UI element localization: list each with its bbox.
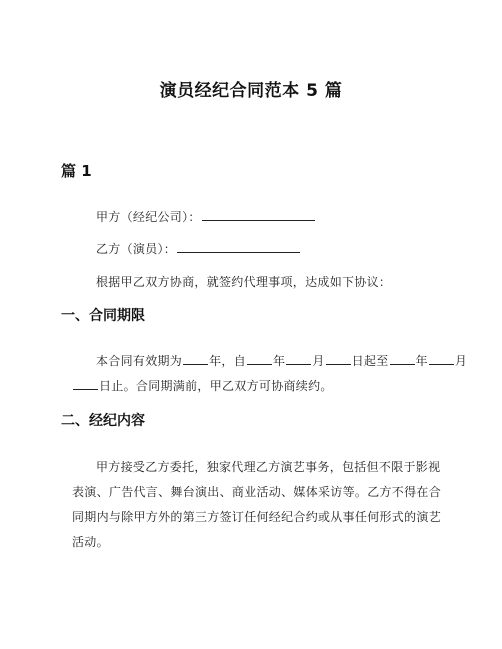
party-a-blank[interactable]: [202, 208, 315, 221]
clause-1-line-2: 日止。合同期满前，甲乙双方可协商续约。: [72, 377, 333, 394]
text-segment: 月: [455, 354, 467, 368]
intro-paragraph: 根据甲乙双方协商，就签约代理事项，达成如下协议：: [96, 273, 391, 290]
document-title: 演员经纪合同范本 5 篇: [0, 76, 502, 101]
clause-2-line-2: 表演、广告代言、舞台演出、商业活动、媒体采访等。乙方不得在合: [72, 483, 441, 500]
party-a-label: 甲方（经纪公司）：: [96, 210, 201, 224]
clause-2-heading: 二、经纪内容: [61, 410, 145, 430]
clause-1-heading: 一、合同期限: [61, 305, 145, 325]
clause-1-line-1: 本合同有效期为年，自年月日起至年月: [96, 352, 467, 369]
text-segment: 月: [312, 354, 324, 368]
clause-2-line-3: 同期内与除甲方外的第三方签订任何经纪合约或从事任何形式的演艺: [72, 508, 441, 525]
end-year-blank[interactable]: [390, 352, 415, 365]
text-segment: 本合同有效期为: [96, 354, 182, 368]
party-b-line: 乙方（演员）：: [96, 240, 301, 257]
years-blank[interactable]: [183, 352, 208, 365]
section-title: 篇 1: [61, 160, 92, 181]
text-segment: 日止。合同期满前，甲乙双方可协商续约。: [99, 379, 333, 393]
start-month-blank[interactable]: [286, 352, 311, 365]
party-b-blank[interactable]: [177, 240, 300, 253]
text-segment: 年: [273, 354, 285, 368]
clause-2-line-4: 活动。: [72, 533, 109, 550]
clause-2-line-1: 甲方接受乙方委托，独家代理乙方演艺事务，包括但不限于影视: [96, 458, 440, 475]
end-day-blank[interactable]: [73, 377, 98, 390]
start-year-blank[interactable]: [247, 352, 272, 365]
document-page: 演员经纪合同范本 5 篇 篇 1 甲方（经纪公司）： 乙方（演员）： 根据甲乙双…: [0, 0, 502, 649]
text-segment: 年: [416, 354, 428, 368]
start-day-blank[interactable]: [326, 352, 351, 365]
end-month-blank[interactable]: [429, 352, 454, 365]
party-b-label: 乙方（演员）：: [96, 242, 176, 256]
text-segment: 年，自: [209, 354, 246, 368]
party-a-line: 甲方（经纪公司）：: [96, 208, 316, 225]
text-segment: 日起至: [352, 354, 389, 368]
